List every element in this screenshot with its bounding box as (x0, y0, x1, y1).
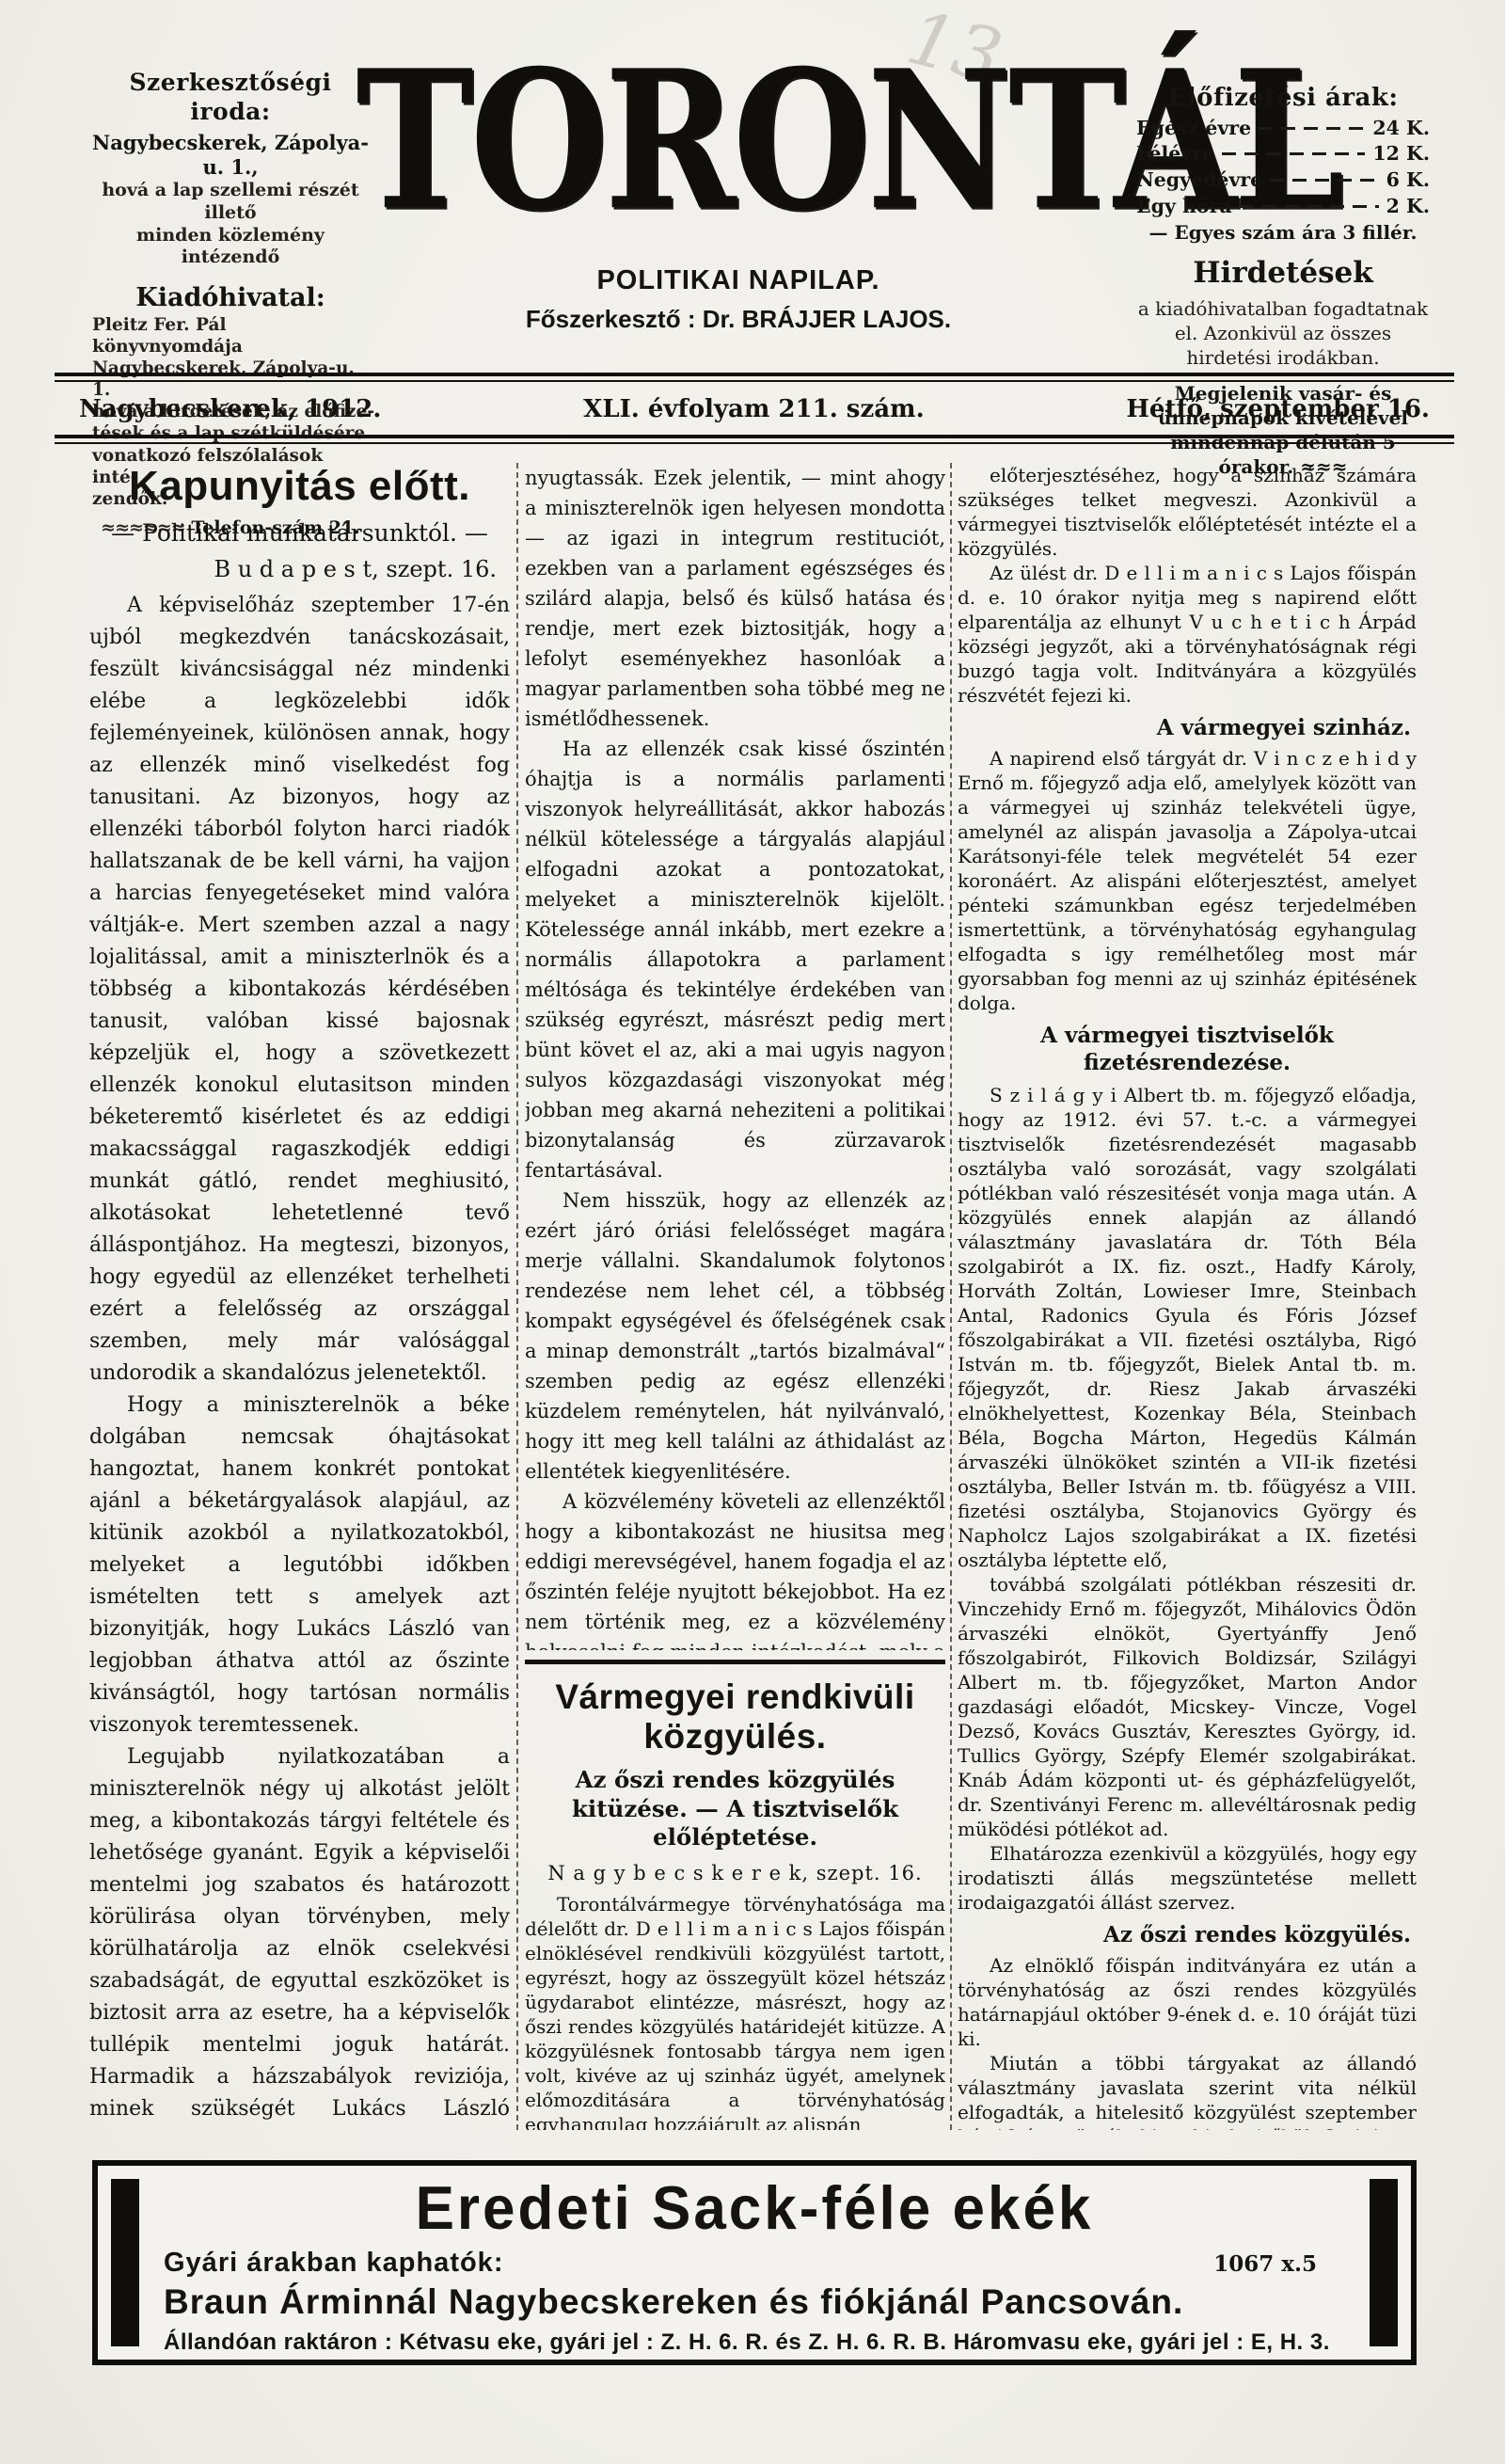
article2-paragraph: S z i l á g y i Albert tb. m. főjegyző e… (958, 1083, 1417, 1572)
newspaper-page: 13 Szerkesztőségi iroda: Nagybecskerek, … (0, 0, 1505, 2464)
article1-paragraph: A közvélemény követeli az ellenzéktől ho… (525, 1486, 945, 1650)
price-label: Egy hóra (1136, 194, 1232, 219)
ad-title: Eredeti Sack-féle ekék (164, 2173, 1345, 2244)
masthead: TORONTÁL POLITIKAI NAPILAP. Főszerkesztő… (348, 45, 1129, 334)
dash-leader (1270, 179, 1378, 182)
article1-byline: — Politikai munkatársunktól. — (89, 519, 510, 547)
dash-leader (1259, 127, 1365, 130)
dateline-issue: XLI. évfolyam 211. szám. (583, 395, 924, 423)
article2-title: Vármegyei rendkivüli közgyülés. (525, 1677, 945, 1757)
article1-paragraph: Legujabb nyilatkozatában a miniszterelnö… (89, 1741, 510, 2130)
column-divider (516, 463, 518, 2130)
editorial-office-heading: Szerkesztőségi iroda: (87, 68, 374, 127)
newspaper-title: TORONTÁL (356, 45, 1120, 236)
article-columns: Kapunyitás előtt. — Politikai munkatársu… (0, 463, 1505, 2130)
ad-reference-number: 1067 x.5 (1213, 2251, 1345, 2277)
ad-border-bar-right (1370, 2179, 1398, 2346)
editorial-office-address: Nagybecskerek, Zápolya-u. 1., (87, 131, 374, 181)
article2-paragraph: Az ülést dr. D e l l i m a n i c s Lajos… (958, 561, 1417, 707)
article1-paragraph: Hogy a miniszterelnök a béke dolgában ne… (89, 1390, 510, 1741)
ad-stock-line: Állandóan raktáron : Kétvasu eke, gyári … (164, 2329, 1345, 2356)
dateline-bar: Nagybecskerek, 1912. XLI. évfolyam 211. … (55, 373, 1454, 444)
price-value: 24 K. (1372, 116, 1430, 141)
article2-dateline: N a g y b e c s k e r e k, szept. 16. (525, 1862, 945, 1884)
dateline-date: Hétfő, szeptember 16. (1126, 395, 1430, 423)
publisher-line: Pleitz Fer. Pál könyvnyomdája (87, 314, 374, 358)
publisher-heading: Kiadóhivatal: (87, 282, 374, 314)
ads-heading: Hirdetések (1136, 254, 1430, 292)
article2-paragraph: előterjesztéséhez, hogy a szinház számár… (958, 463, 1417, 561)
price-row: Egész évre 24 K. (1136, 116, 1430, 141)
column-1: Kapunyitás előtt. — Politikai munkatársu… (89, 463, 510, 2130)
newspaper-subtitle: POLITIKAI NAPILAP. (348, 265, 1129, 296)
article1-paragraph: A képviselőház szeptember 17-én ujból me… (89, 590, 510, 1390)
editorial-office-note: minden közlemény intézendő (87, 225, 374, 270)
column-3: előterjesztéséhez, hogy a szinház számár… (958, 463, 1417, 2130)
advertisement-sack-ploughs: Eredeti Sack-féle ekék Gyári árakban kap… (92, 2160, 1417, 2365)
ad-border-bar-left (111, 2179, 139, 2346)
price-label: Negyedévre (1136, 167, 1262, 193)
article2-paragraph: Az elnöklő főispán inditványára ez után … (958, 1953, 1417, 2051)
single-issue-price: — Egyes szám ára 3 fillér. (1136, 220, 1430, 245)
dash-leader (1222, 152, 1365, 155)
price-row: Negyedévre 6 K. (1136, 167, 1430, 193)
article2-paragraph: Torontálvármegye törvényhatósága ma déle… (525, 1892, 945, 2130)
dash-leader (1240, 205, 1379, 208)
article2-paragraph: Miután a többi tárgyakat az állandó vála… (958, 2051, 1417, 2131)
horizontal-rule (55, 435, 1454, 438)
dateline-place: Nagybecskerek, 1912. (79, 395, 381, 423)
price-value: 6 K. (1386, 167, 1430, 193)
ad-availability-line: Gyári árakban kaphatók: (164, 2248, 503, 2279)
price-value: 12 K. (1372, 141, 1430, 167)
editorial-office-note: hová a lap szellemi részét illető (87, 180, 374, 225)
ads-text: a kiadóhivatalban fogadtatnak el. Azonki… (1136, 296, 1430, 370)
article1-paragraph: Nem hisszük, hogy az ellenzék az ezért j… (525, 1185, 945, 1486)
article1-dateline: B u d a p e s t, szept. 16. (89, 556, 510, 582)
column-divider (950, 463, 952, 2130)
article2-subhead-salaries: A vármegyei tisztviselők fizetésrendezés… (958, 1023, 1417, 1077)
price-label: Félévre (1136, 141, 1214, 167)
editor-line: Főszerkesztő : Dr. BRÁJJER LAJOS. (348, 305, 1129, 334)
article2-paragraph: továbbá szolgálati pótlékban részesiti d… (958, 1572, 1417, 1841)
horizontal-rule (55, 442, 1454, 444)
price-label: Egész évre (1136, 116, 1251, 141)
article1-title: Kapunyitás előtt. (89, 463, 510, 510)
price-value: 2 K. (1386, 194, 1430, 219)
price-row: Egy hóra 2 K. (1136, 194, 1430, 219)
ad-seller-line: Braun Árminnál Nagybecskereken és fiókjá… (164, 2282, 1345, 2322)
subscription-heading: Előfizetési árak: (1136, 83, 1430, 115)
article1-paragraph: nyugtassák. Ezek jelentik, — mint ahogy … (525, 463, 945, 734)
article1-paragraph: Ha az ellenzék csak kissé őszintén óhajt… (525, 734, 945, 1185)
article2-subtitle: Az őszi rendes közgyülés kitüzése. — A t… (525, 1766, 945, 1852)
article1-continuation: nyugtassák. Ezek jelentik, — mint ahogy … (525, 463, 945, 1650)
article2-subhead-autumn-assembly: Az őszi rendes közgyülés. (958, 1922, 1417, 1947)
article2-paragraph: A napirend első tárgyát dr. V i n c z e … (958, 746, 1417, 1015)
article2-paragraph: Elhatározza ezenkivül a közgyülés, hogy … (958, 1841, 1417, 1915)
column-2: nyugtassák. Ezek jelentik, — mint ahogy … (525, 463, 945, 2130)
horizontal-rule (55, 373, 1454, 376)
section-rule (525, 1660, 945, 1664)
price-row: Félévre 12 K. (1136, 141, 1430, 167)
article2-subhead-theater: A vármegyei szinház. (958, 715, 1417, 740)
